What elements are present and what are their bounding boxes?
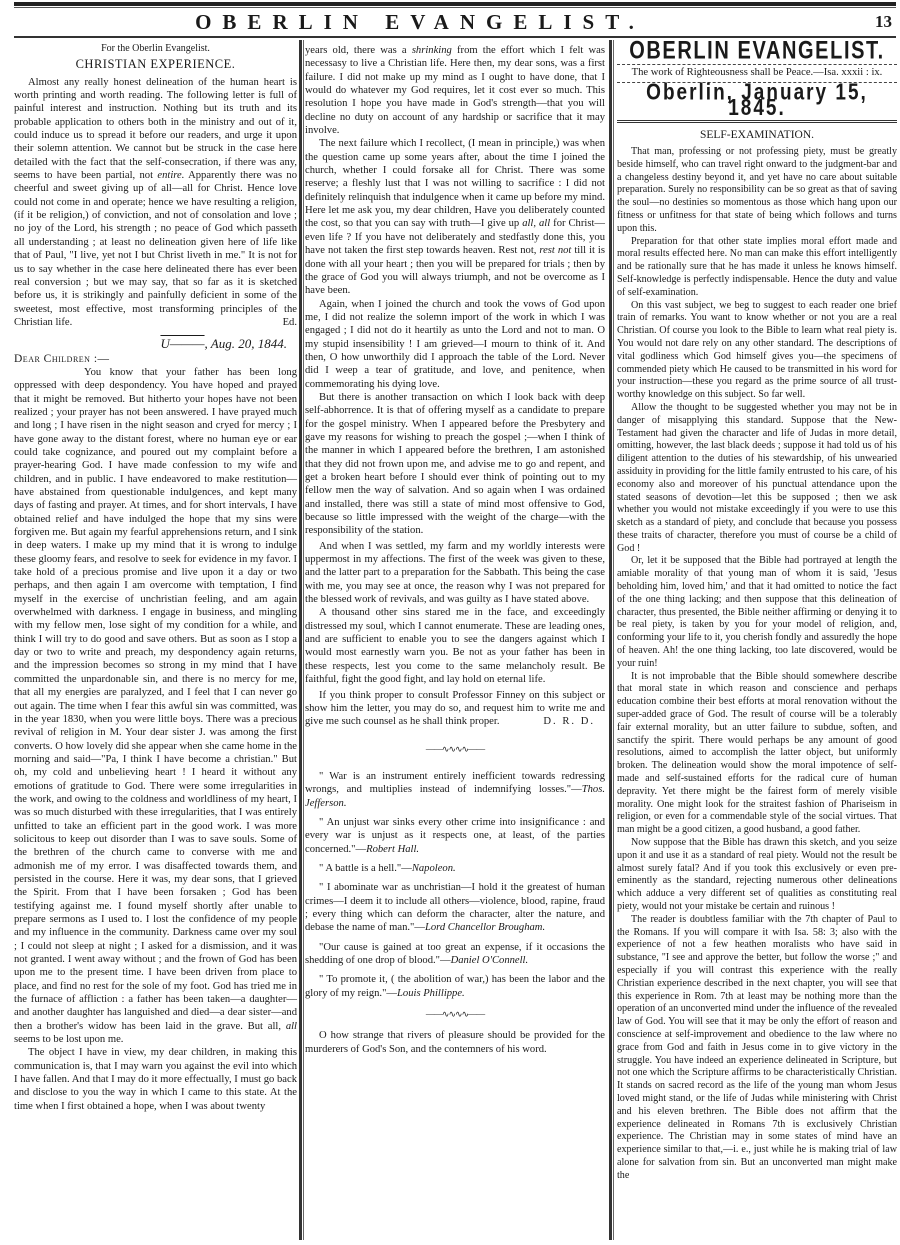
column-divider-1	[299, 40, 302, 1240]
masthead: OBERLIN EVANGELIST. 13	[0, 10, 900, 34]
letter-paragraph: A thousand other sins stared me in the f…	[305, 606, 605, 686]
closing-paragraph: O how strange that rivers of pleasure sh…	[305, 1029, 605, 1056]
column-3: OBERLIN EVANGELIST. The work of Righteou…	[617, 42, 897, 1183]
letter-paragraph: Again, when I joined the church and took…	[305, 298, 605, 391]
letter-salutation: Dear Children :—	[14, 353, 297, 366]
column-2: years old, there was a shrinking from th…	[305, 44, 605, 1056]
letter-dateline: U———, Aug. 20, 1844.	[14, 337, 287, 350]
column-divider-1-thin	[303, 40, 304, 1240]
editorial-paragraph: It is not improbable that the Bible shou…	[617, 671, 897, 837]
editorial-paragraph: Now suppose that the Bible has drawn thi…	[617, 837, 897, 914]
war-quote: " I abominate war as unchristian—I hold …	[305, 881, 605, 934]
war-quote: " To promote it, ( the abolition of war,…	[305, 973, 605, 1000]
issue-date: Oberlin, January 15, 1845.	[617, 86, 897, 117]
editorial-paper-title: OBERLIN EVANGELIST.	[617, 43, 897, 59]
editor-intro: Almost any really honest delineation of …	[14, 76, 297, 330]
letter-paragraph: The object I have in view, my dear child…	[14, 1046, 297, 1113]
editorial-paragraph: The reader is doubtless familiar with th…	[617, 914, 897, 1183]
war-quote: " War is an instrument entirely ineffici…	[305, 770, 605, 810]
column-1: For the Oberlin Evangelist. CHRISTIAN EX…	[14, 42, 297, 1113]
letter-paragraph: You know that your father has been long …	[14, 366, 297, 1047]
masthead-top-rule-thin	[14, 7, 896, 8]
letter-paragraph: If you think proper to consult Professor…	[305, 689, 605, 729]
column-divider-2	[609, 40, 612, 1240]
section-divider: ——∿∿∿∿——	[305, 1008, 605, 1021]
war-quote: " A battle is a hell."—Napoleon.	[305, 862, 605, 875]
article-headline: CHRISTIAN EXPERIENCE.	[14, 58, 297, 71]
newspaper-title: OBERLIN EVANGELIST.	[140, 10, 700, 35]
paper-motto: The work of Righteousness shall be Peace…	[617, 65, 897, 82]
editorial-paragraph: That man, professing or not professing p…	[617, 146, 897, 236]
article-kicker: For the Oberlin Evangelist.	[14, 42, 297, 55]
editor-signature: Ed.	[269, 316, 297, 329]
editorial-paragraph: Allow the thought to be suggested whethe…	[617, 402, 897, 556]
letter-paragraph: But there is another transaction on whic…	[305, 391, 605, 538]
column-divider-2-thin	[613, 40, 614, 1240]
page-number: 13	[875, 12, 892, 32]
editorial-paragraph: On this vast subject, we beg to suggest …	[617, 300, 897, 402]
war-quote: " An unjust war sinks every other crime …	[305, 816, 605, 856]
letter-paragraph: And when I was settled, my farm and my w…	[305, 540, 605, 607]
section-divider: ——∿∿∿∿——	[305, 743, 605, 756]
editorial-paragraph: Preparation for that other state implies…	[617, 236, 897, 300]
editorial-paragraph: Or, let it be supposed that the Bible ha…	[617, 555, 897, 670]
section-headline: SELF-EXAMINATION.	[617, 129, 897, 142]
war-quote: "Our cause is gained at too great an exp…	[305, 941, 605, 968]
masthead-top-rule	[14, 2, 896, 6]
letter-signature: D. R. D.	[529, 715, 595, 728]
letter-paragraph: years old, there was a shrinking from th…	[305, 44, 605, 137]
letter-paragraph: The next failure which I recollect, (I m…	[305, 137, 605, 297]
